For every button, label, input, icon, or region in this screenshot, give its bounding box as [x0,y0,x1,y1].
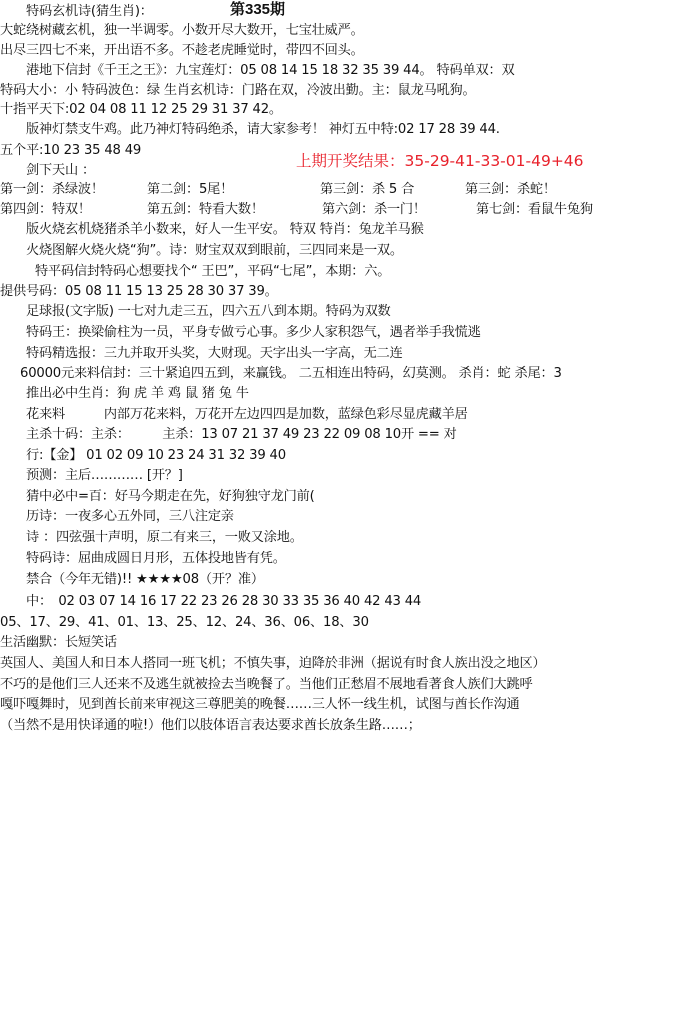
hk-envelope-line: 港地下信封《千王之王》：九宝莲灯：05 08 14 15 18 32 35 39… [26,61,514,80]
issue-title: 第335期 [230,0,285,20]
sword-3b: 第三剑：杀蛇！ [465,180,556,199]
zodiac-push-line: 推出必中生肖：狗 虎 羊 鸡 鼠 猪 兔 牛 [26,384,249,403]
joke-line-1: 英国人、美国人和日本人搭同一班飞机；不慎失事，迫降於非洲（据说有时食人族出没之地… [0,654,545,673]
special-size-color-line: 特码大小：小 特码波色：绿 生肖玄机诗：门路在双，冷波出勤。主：鼠龙马吼狗。 [0,81,476,100]
humor-heading: 生活幽默：长短笑话 [0,633,117,652]
last-result-banner: 上期开奖结果：35-29-41-33-01-49+46 [296,150,584,172]
swords-row-1: 第一剑：杀绿波！ 第二剑：5尾！ 第三剑：杀 5 合 第三剑：杀蛇！ [0,180,675,199]
number-sequence-line: 05、17、29、41、01、13、25、12、24、36、06、18、30 [0,613,369,632]
fire-diagram-line: 火烧图解火烧火烧“狗”。诗：财宝双双到眼前，三四同来是一双。 [26,241,403,260]
sword-6: 第六剑：杀一门！ [322,200,426,219]
special-selection-line: 特码精选报：三九并取开头奖，大财现。天字出头一字高，无二连 [26,344,403,363]
hit-numbers-line: 中： 02 03 07 14 16 17 22 23 26 28 30 33 3… [26,592,421,611]
flat-code-envelope-line: 特平码信封特码心想要找个“ 王巴”，平码“七尾”，本期：六。 [35,262,390,281]
joke-line-3: 嘎吓嘎舞时，见到酋长前来审视这三尊肥美的晚餐……三人怀一线生机，试图与酋长作沟通 [0,695,520,714]
prediction-line: 预测：主后………… [开？] [26,466,183,485]
element-gold-line: 行:【金】 01 02 09 10 23 24 31 32 39 40 [26,446,286,465]
joke-line-4: （当然不是用快译通的啦!）他们以肢体语言表达要求酋长放条生路……； [0,716,421,735]
five-flat-line: 五个平:10 23 35 48 49 [0,141,141,160]
flower-material-line: 花来料 内部万花来料，万花开左边四四是加数，蓝绿色彩尽显虎藏羊居 [26,405,468,424]
sword-5: 第五剑：特看大数！ [147,200,264,219]
provided-numbers-line: 提供号码：05 08 11 15 13 25 28 30 37 39。 [0,282,278,301]
forbidden-combo-line: 禁合（今年无错)!! ★★★★08（开？准） [26,570,264,589]
poem-line: 诗 ：四弦强十声明，原二有来三，一败又涂地。 [26,528,303,547]
envelope-60000-line: 60000元来料信封：三十紧追四五到，来赢钱。 二五相连出特码，幻莫测。 杀肖：… [20,364,562,383]
poem-heading: 特码玄机诗(猜生肖)： [26,2,153,21]
sword-1: 第一剑：杀绿波！ [0,180,104,199]
sword-heading: 剑下天山 ： [26,161,95,180]
special-poem-line: 特码诗：屈曲成圆日月形，五体投地皆有凭。 [26,549,286,568]
sword-2: 第二剑：5尾！ [147,180,233,199]
sword-7: 第七剑：看鼠牛兔狗 [476,200,593,219]
main-kill-line: 主杀十码：主杀： 主杀：13 07 21 37 49 23 22 09 08 1… [26,425,457,444]
sword-4: 第四剑：特双！ [0,200,91,219]
joke-line-2: 不巧的是他们三人还来不及逃生就被捡去当晚餐了。当他们正愁眉不展地看著食人族们大跳… [0,675,532,694]
ten-fingers-line: 十指平天下:02 04 08 11 12 25 29 31 37 42。 [0,100,282,119]
guess-hundred-line: 猜中必中=百：好马今期走在先，好狗独守龙门前( [26,487,315,506]
swords-row-2: 第四剑：特双！ 第五剑：特看大数！ 第六剑：杀一门！ 第七剑：看鼠牛兔狗 [0,200,675,219]
special-king-line: 特码王：换梁偷柱为一员，平身专做亏心事。多少人家积怨气，遇者举手我慌逃 [26,323,481,342]
football-paper-line: 足球报(文字版) 一七对九走三五，四六五八到本期。特码为双数 [26,302,391,321]
sword-3: 第三剑：杀 5 合 [320,180,414,199]
last-result-numbers: 35-29-41-33-01-49+46 [405,152,584,170]
history-poem-line: 历诗：一夜多心五外同，三八注定亲 [26,507,234,526]
poem-line-2: 出尽三四七不来，开出语不多。不趁老虎睡觉时，带四不回头。 [0,41,364,60]
magic-lamp-line: 版神灯禁支牛鸡。此乃神灯特码绝杀，请大家参考！ 神灯五中特:02 17 28 3… [26,120,500,139]
fire-mystery-line: 版火烧玄机烧猪杀羊小数来，好人一生平安。 特双 特肖：兔龙羊马猴 [26,220,424,239]
poem-line-1: 大蛇绕树藏玄机，独一半调零。小数开尽大数开，七宝壮威严。 [0,21,364,40]
last-result-label: 上期开奖结果： [296,152,405,170]
